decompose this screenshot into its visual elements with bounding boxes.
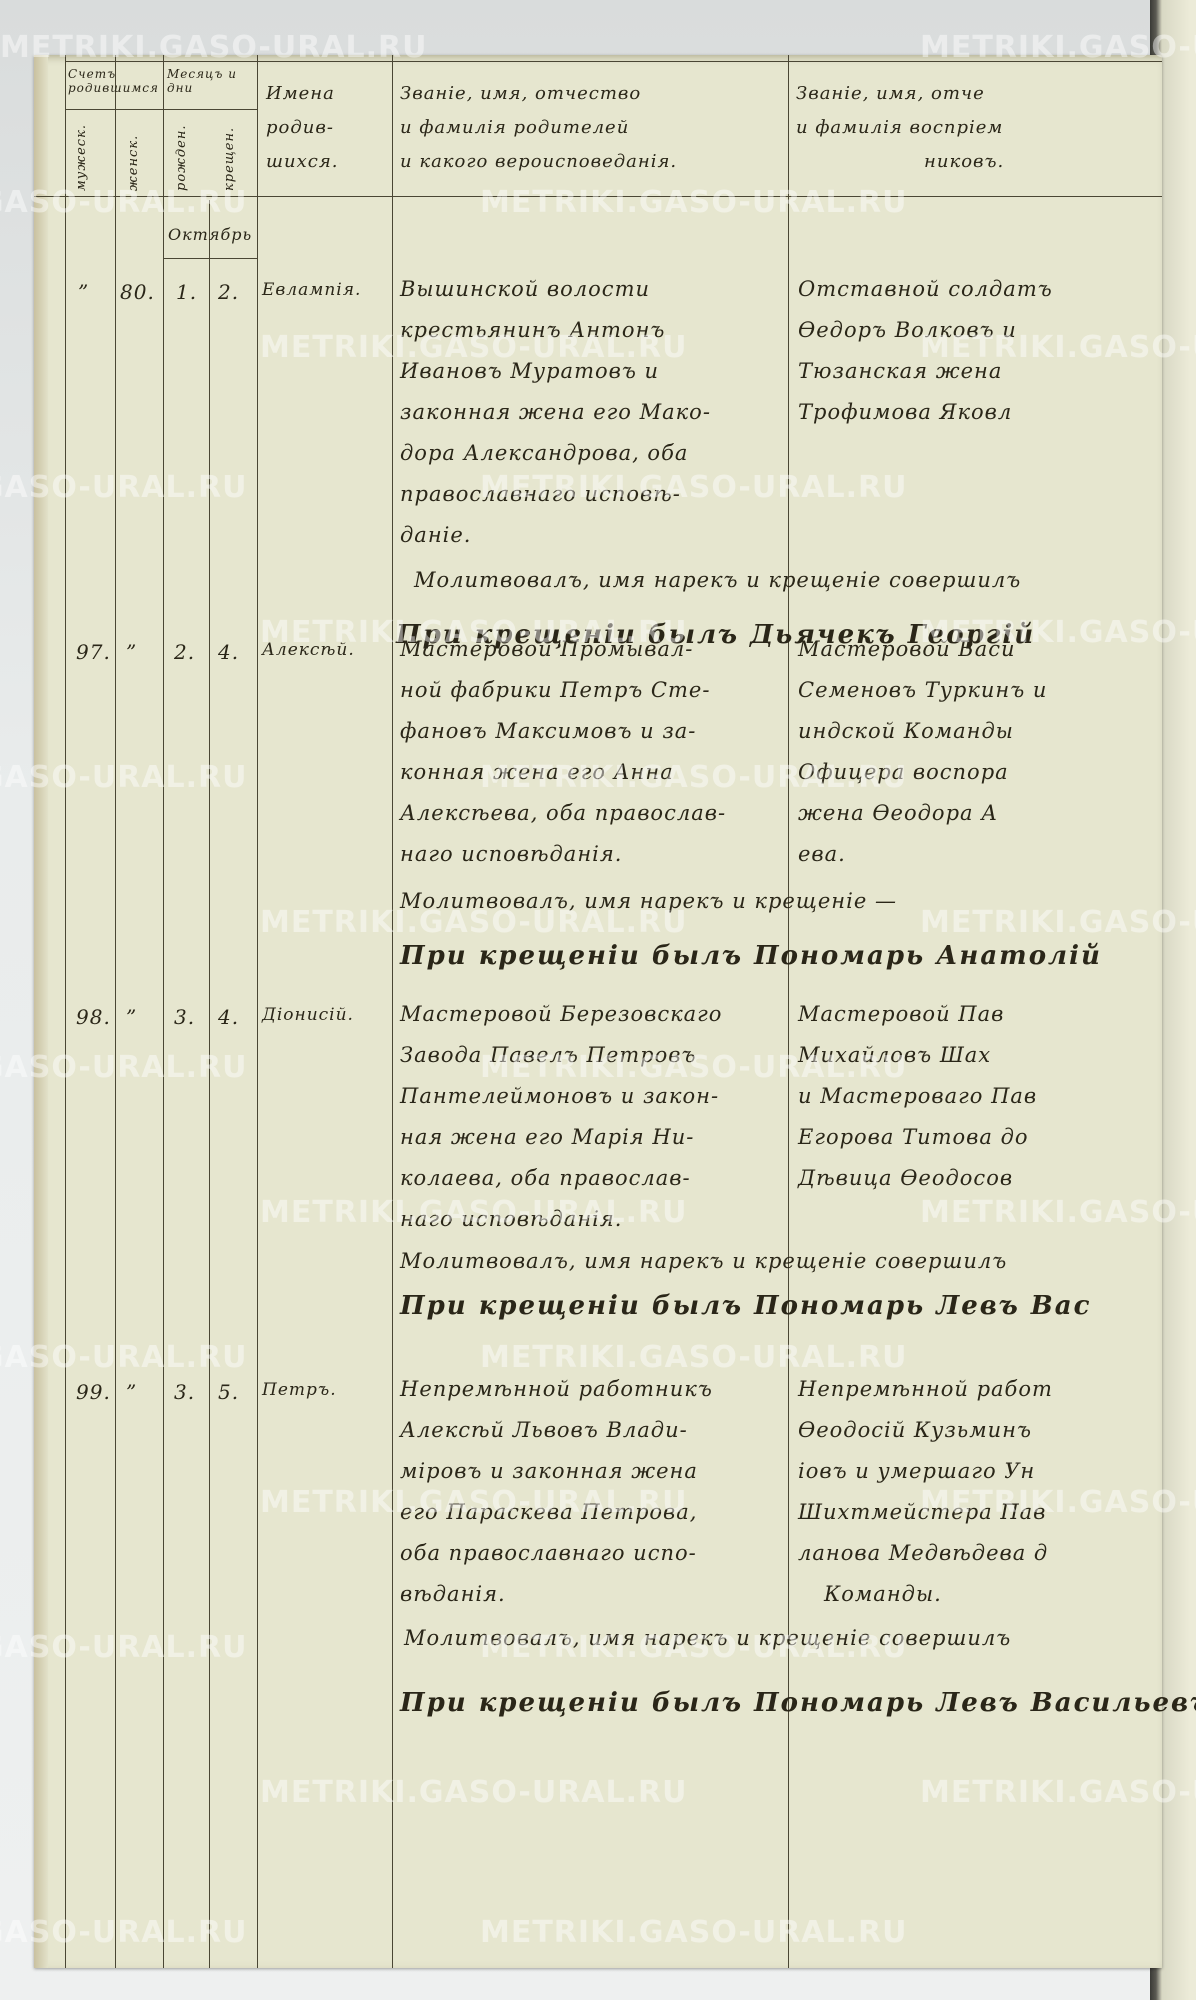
parents-line: его Параскева Петрова, — [400, 1492, 697, 1533]
parents-line: Алексѣй Львовъ Влади- — [400, 1410, 688, 1451]
female-number: ” — [126, 1005, 137, 1029]
baptism-day: 2. — [218, 280, 239, 304]
godparents-line: жена Өеодора А — [798, 793, 998, 834]
female-number: ” — [126, 1380, 137, 1404]
rite-note: Молитвовалъ, имя нарекъ и крещеніе совер… — [400, 1241, 1007, 1282]
birth-day: 1. — [176, 280, 197, 304]
child-name: Діонисій. — [262, 1005, 354, 1025]
godparents-line: Дѣвица Өеодосов — [798, 1158, 1013, 1199]
child-name: Петръ. — [262, 1380, 337, 1400]
column-rule — [65, 55, 66, 1968]
child-name: Алексѣй. — [262, 640, 355, 660]
parents-line: Непремѣнной работникъ — [400, 1369, 713, 1410]
godparents-line: Офицера воспора — [798, 752, 1009, 793]
parents-line: Завода Павелъ Петровъ — [400, 1035, 696, 1076]
header-born-count: Счетъ родившимся — [68, 67, 114, 95]
header-names-1: Имена — [266, 77, 335, 111]
parents-line: ной фабрики Петръ Сте- — [400, 670, 710, 711]
parents-line: крестьянинъ Антонъ — [400, 310, 665, 351]
header-bottom-rule — [34, 196, 1162, 197]
female-number: 80. — [120, 280, 155, 304]
godparents-line: Михайловъ Шах — [798, 1035, 991, 1076]
parents-line: оба православнаго испо- — [400, 1533, 697, 1574]
header-parents-2: и фамилія родителей — [400, 111, 629, 145]
parents-line: Вышинской волости — [400, 269, 650, 310]
godparents-line: Егорова Титова до — [798, 1117, 1029, 1158]
header-godparents-1: Званіе, имя, отче — [796, 77, 985, 111]
parents-line: Мастеровой Промывал- — [400, 629, 693, 670]
godparents-line: Семеновъ Туркинъ и — [798, 670, 1047, 711]
godparents-line: и Мастероваго Пав — [798, 1076, 1037, 1117]
header-female: женск. — [126, 121, 141, 191]
parents-line: колаева, оба православ- — [400, 1158, 691, 1199]
header-month-days: Месяцъ и дни — [167, 67, 255, 95]
column-rule — [115, 55, 116, 1968]
godparents-line: Мастеровой Васи — [798, 629, 1016, 670]
parents-line: конная жена его Анна — [400, 752, 674, 793]
godparents-line: Өедоръ Волковъ и — [798, 310, 1017, 351]
column-rule — [788, 55, 789, 1968]
male-number: ” — [78, 280, 89, 304]
parents-line: дора Александрова, оба — [400, 433, 688, 474]
godparents-line: ева. — [798, 834, 846, 875]
godparents-line: іовъ и умершаго Ун — [798, 1451, 1035, 1492]
parents-line: законная жена его Мако- — [400, 392, 711, 433]
parents-line: вѣданія. — [400, 1574, 506, 1615]
parents-line: Мастеровой Березовскаго — [400, 994, 722, 1035]
witness-note: При крещеніи былъ Пономарь Левъ Васильев… — [400, 1688, 1196, 1718]
godparents-line: Мастеровой Пав — [798, 994, 1004, 1035]
header-parents-3: и какого вероисповеданія. — [400, 145, 677, 179]
parents-line: даніе. — [400, 515, 471, 556]
header-top-rule — [65, 61, 1162, 62]
rite-note: Молитвовалъ, имя нарекъ и крещеніе — — [400, 881, 897, 922]
male-number: 99. — [76, 1380, 111, 1404]
baptism-day: 4. — [218, 1005, 239, 1029]
rite-note: Молитвовалъ, имя нарекъ и крещеніе совер… — [414, 560, 1021, 601]
godparents-line: Өеодосій Кузьминъ — [798, 1410, 1032, 1451]
column-rule — [163, 55, 164, 1968]
birth-day: 3. — [174, 1005, 195, 1029]
parents-line: Пантелеймоновъ и закон- — [400, 1076, 719, 1117]
female-number: ” — [126, 640, 137, 664]
header-godparents-2: и фамилія воспріем — [796, 111, 1003, 145]
parents-line: міровъ и законная жена — [400, 1451, 698, 1492]
parents-line: православнаго исповѣ- — [400, 474, 681, 515]
baptism-day: 4. — [218, 640, 239, 664]
rite-note: Молитвовалъ, имя нарекъ и крещеніе совер… — [404, 1618, 1011, 1659]
month-label: Октябрь — [168, 225, 252, 244]
birth-day: 3. — [174, 1380, 195, 1404]
column-rule — [257, 55, 258, 1968]
godparents-line: индской Команды — [798, 711, 1014, 752]
header-godparents-3: никовъ. — [924, 145, 1004, 179]
parents-line: наго исповѣданія. — [400, 834, 622, 875]
godparents-line: Команды. — [824, 1574, 942, 1615]
header-parents-1: Званіе, имя, отчество — [400, 77, 641, 111]
birth-day: 2. — [174, 640, 195, 664]
parents-line: Ивановъ Муратовъ и — [400, 351, 659, 392]
godparents-line: Шихтмейстера Пав — [798, 1492, 1046, 1533]
witness-note: При крещеніи былъ Пономарь Левъ Вас — [400, 1291, 1091, 1321]
godparents-line: Тюзанская жена — [798, 351, 1002, 392]
male-number: 97. — [76, 640, 111, 664]
month-rule — [163, 258, 257, 259]
column-rule — [392, 55, 393, 1968]
header-baptism-day: крещен. — [222, 121, 237, 191]
parents-line: наго исповѣданія. — [400, 1199, 622, 1240]
header-male: мужеск. — [74, 121, 89, 191]
header-names-2: родив- — [266, 111, 334, 145]
parents-line: ная жена его Марія Ни- — [400, 1117, 694, 1158]
child-name: Евлампія. — [262, 280, 361, 300]
baptism-day: 5. — [218, 1380, 239, 1404]
godparents-line: ланова Медвѣдева д — [798, 1533, 1048, 1574]
header-names-3: шихся. — [266, 145, 339, 179]
column-rule — [209, 200, 210, 1968]
godparents-line: Непремѣнной работ — [798, 1369, 1053, 1410]
register-page: Счетъ родившимся Месяцъ и дни мужеск. же… — [34, 55, 1162, 1968]
header-sub-rule — [65, 109, 257, 110]
godparents-line: Трофимова Яковл — [798, 392, 1012, 433]
witness-note: При крещеніи былъ Пономарь Анатолій — [400, 941, 1102, 971]
header-birth-day: рожден. — [174, 121, 189, 191]
parents-line: фановъ Максимовъ и за- — [400, 711, 696, 752]
male-number: 98. — [76, 1005, 111, 1029]
parents-line: Алексѣева, оба православ- — [400, 793, 726, 834]
godparents-line: Отставной солдатъ — [798, 269, 1053, 310]
